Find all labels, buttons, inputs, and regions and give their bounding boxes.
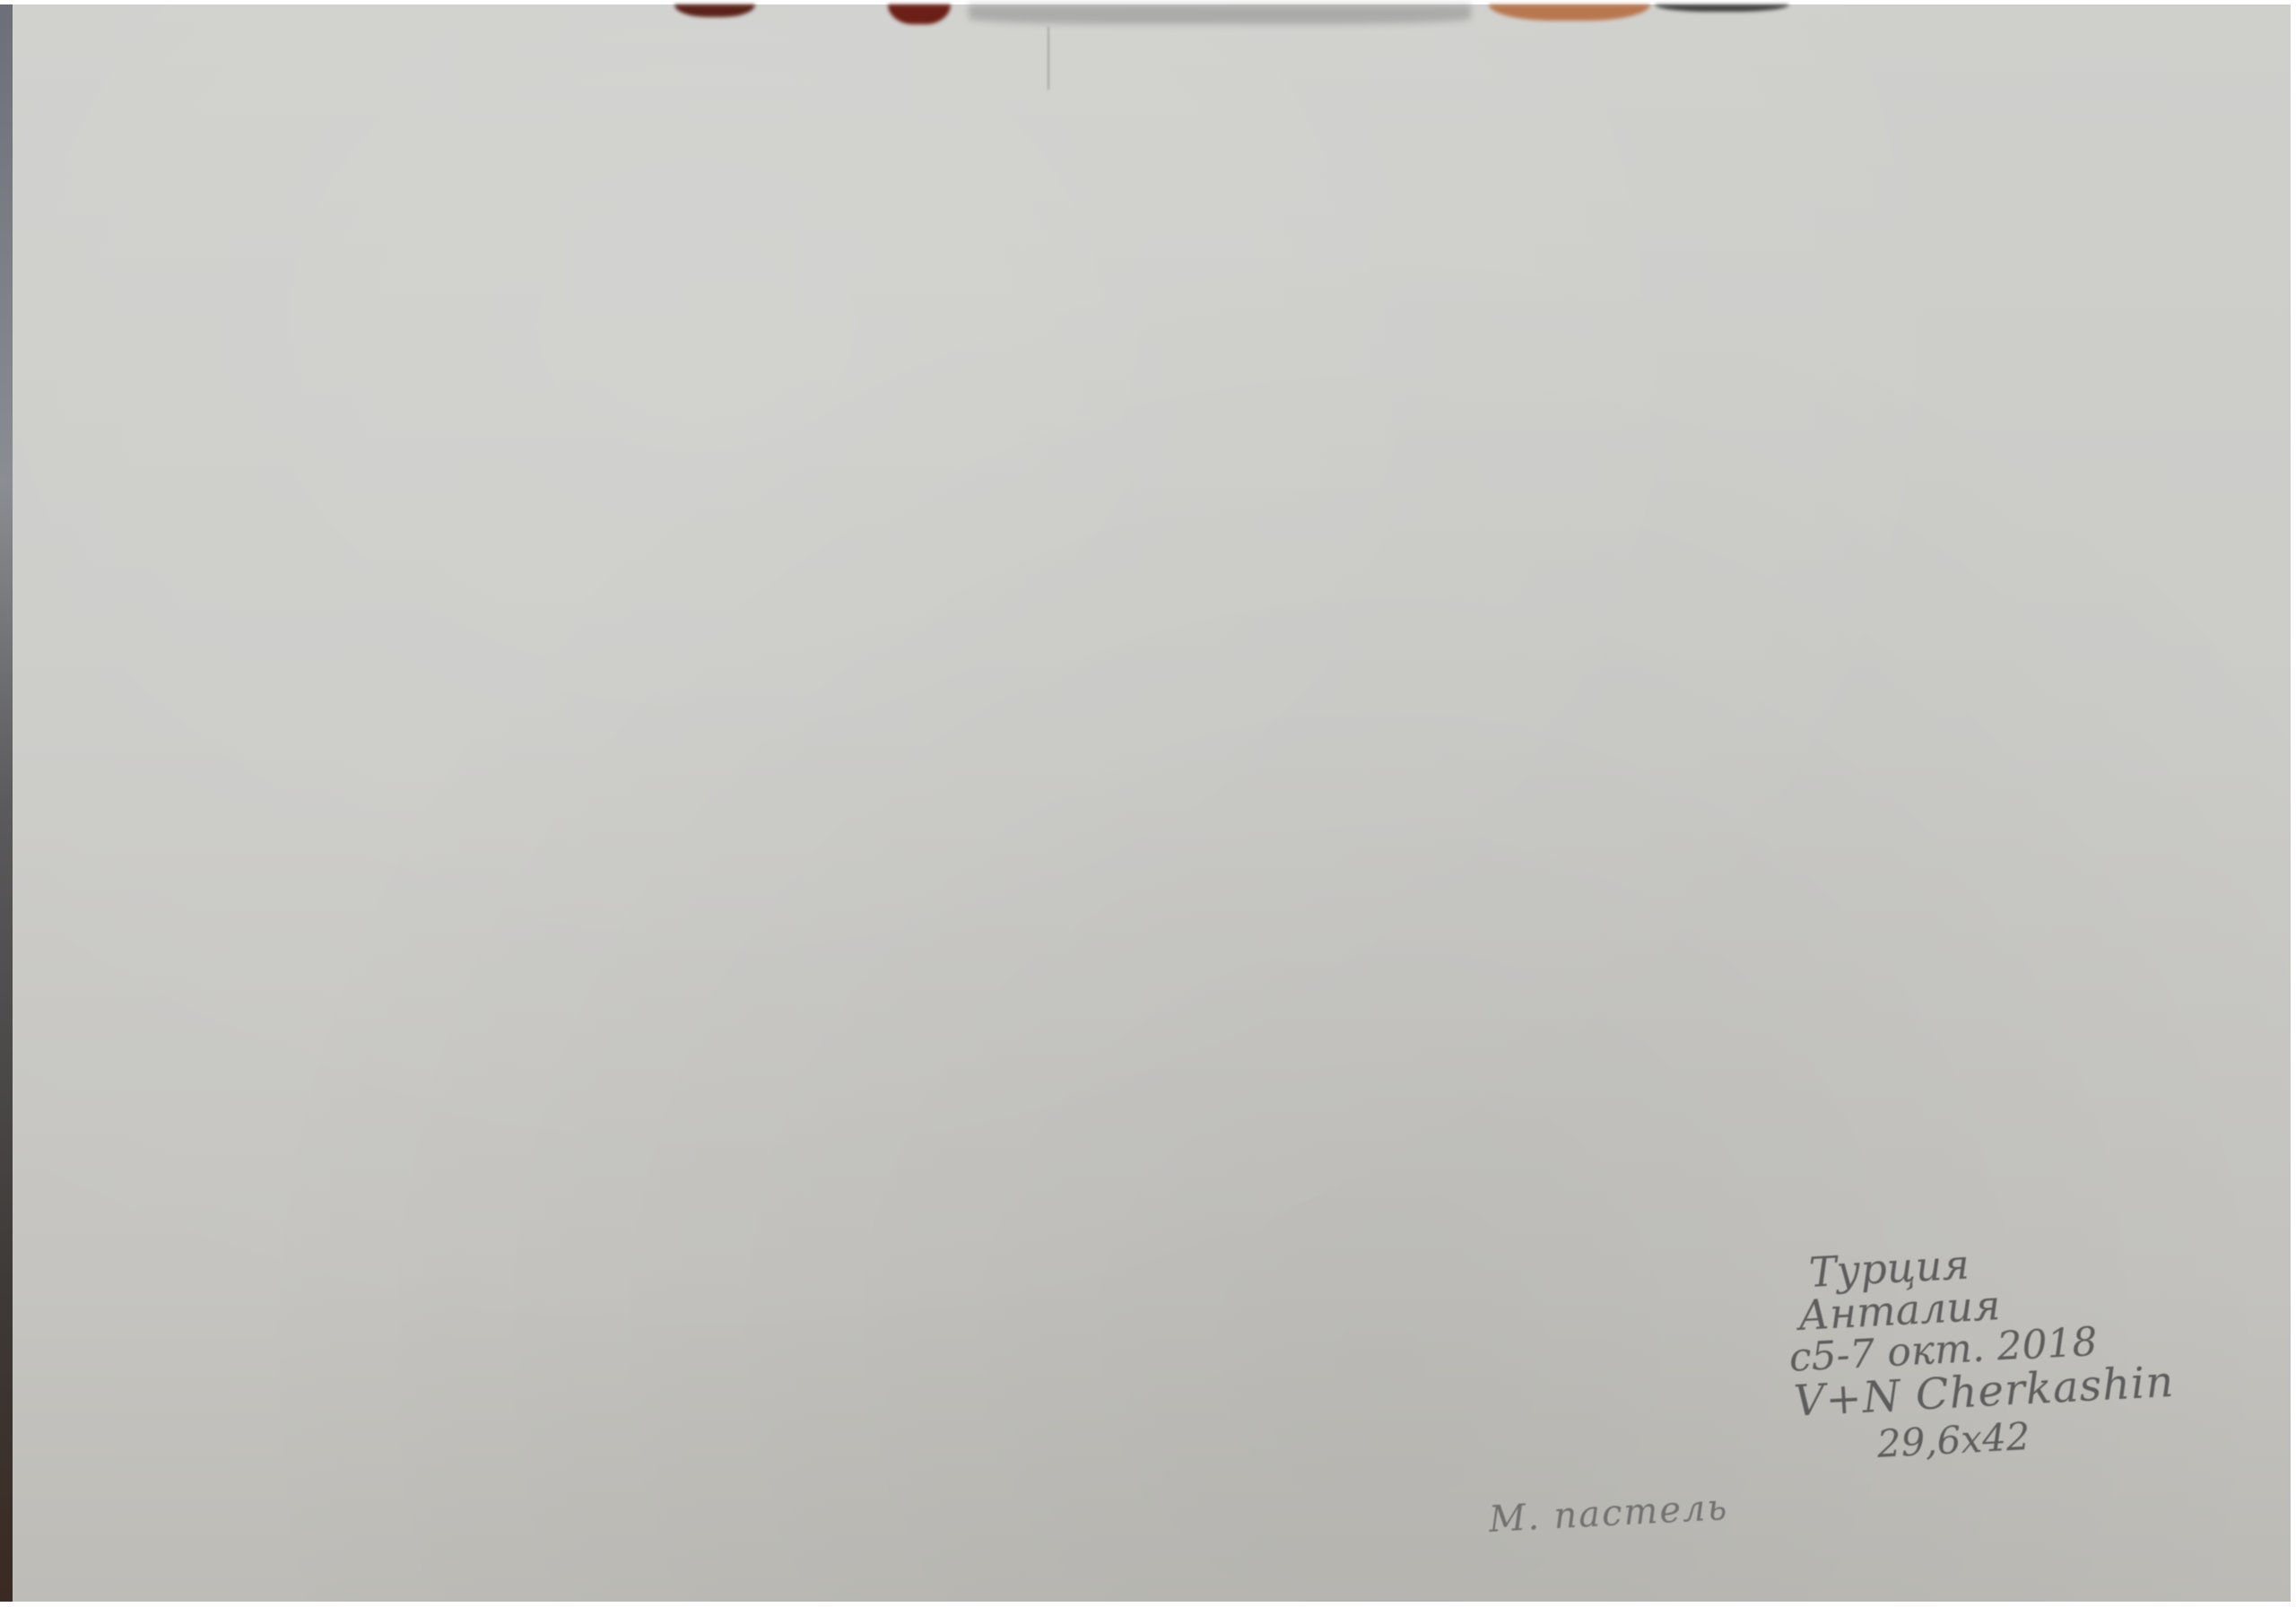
inscription-block: Турция Анталия с5-7 окт. 2018 V+N Cherka… xyxy=(1798,1251,2175,1466)
background-left-edge xyxy=(0,4,13,1602)
paper-crease xyxy=(1048,27,1049,90)
photo: Турция Анталия с5-7 окт. 2018 V+N Cherka… xyxy=(0,0,2296,1607)
